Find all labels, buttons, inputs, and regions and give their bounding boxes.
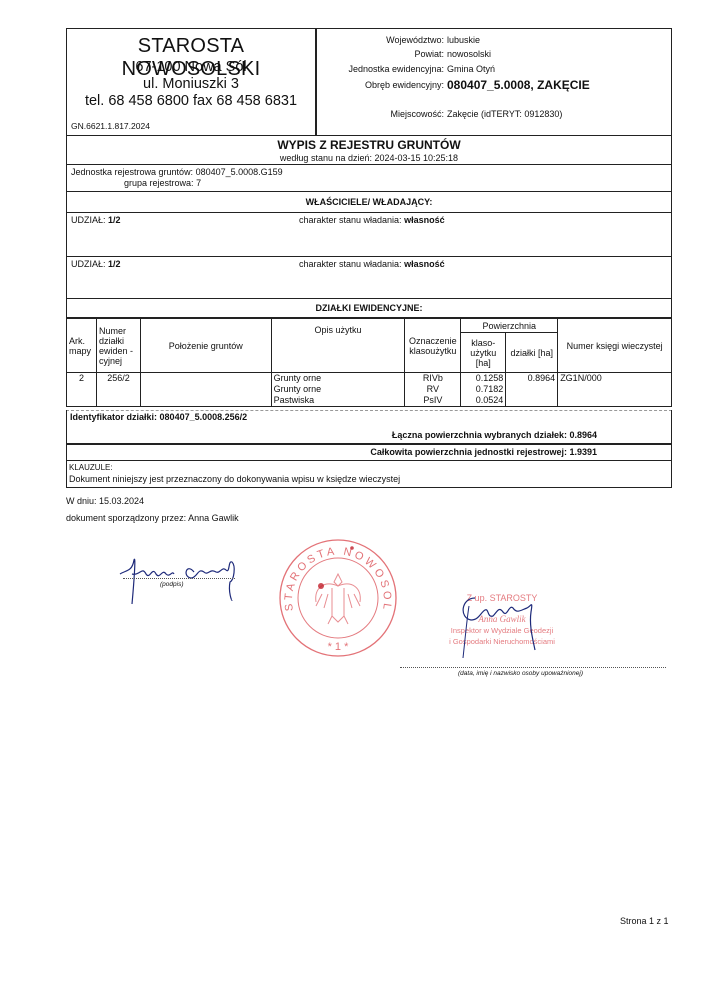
class-area-item: 0.7182 (463, 384, 503, 395)
register-unit-block: Jednostka rejestrowa gruntów: 080407_5.0… (66, 165, 672, 192)
unit-value: Gmina Otyń (447, 64, 495, 74)
parcel-identifier-block: Identyfikator działki: 080407_5.0008.256… (66, 410, 672, 444)
owner-entry: UDZIAŁ: 1/2 charakter stanu władania: wł… (66, 257, 672, 299)
signature-left (112, 552, 262, 622)
register-group: grupa rejestrowa: 7 (124, 178, 201, 188)
cell-uses: Grunty orne Grunty orne Pastwiska (271, 373, 405, 407)
locality-row: Miejscowość: Zakęcie (idTERYT: 0912830) (317, 109, 673, 123)
office-postal: 67-100 Nowa Sól (67, 59, 315, 75)
register-unit-value: 080407_5.0008.G159 (196, 167, 283, 177)
share-label: UDZIAŁ: (71, 215, 106, 225)
share-value: 1/2 (108, 215, 121, 225)
share-value: 1/2 (108, 259, 121, 269)
register-unit: Jednostka rejestrowa gruntów: 080407_5.0… (71, 167, 283, 177)
owner-share: UDZIAŁ: 1/2 (71, 215, 121, 225)
cell-sheet: 2 (67, 373, 97, 407)
parcels-table: Ark. mapy Numer działki ewiden -cyjnej P… (66, 318, 672, 407)
cell-classes: RIVb RV PsIV (405, 373, 461, 407)
clauses-text: Dokument niniejszy jest przeznaczony do … (69, 474, 400, 484)
locality-value: Zakęcie (idTERYT: 0912830) (447, 109, 562, 119)
cell-location (140, 373, 271, 407)
locality-label: Miejscowość: (390, 109, 444, 119)
signature-caption: (podpis) (160, 581, 183, 588)
signature-line (123, 578, 235, 579)
office-street: ul. Moniuszki 3 (67, 76, 315, 92)
class-item: RV (407, 384, 458, 395)
col-location: Położenie gruntów (140, 319, 271, 373)
round-stamp-icon: STAROSTA NOWOSOLSKI * 1 * (276, 536, 400, 660)
page-number: Strona 1 z 1 (620, 916, 669, 926)
unit-total-block: Całkowita powierzchnia jednostki rejestr… (66, 443, 672, 461)
clauses-label: KLAUZULE: (69, 463, 113, 472)
parcel-identifier: Identyfikator działki: 080407_5.0008.256… (70, 412, 247, 422)
selected-total: Łączna powierzchnia wybranych działek: 0… (392, 430, 597, 440)
authorized-signature-line (400, 667, 666, 668)
voivodeship-label: Województwo: (386, 35, 444, 45)
share-label: UDZIAŁ: (71, 259, 106, 269)
class-item: PsIV (407, 395, 458, 406)
voivodeship-value: lubuskie (447, 35, 480, 45)
owners-heading: WŁAŚCICIELE/ WŁADAJĄCY: (67, 197, 671, 207)
county-label: Powiat: (414, 49, 444, 59)
register-unit-label: Jednostka rejestrowa gruntów: (71, 167, 193, 177)
col-use: Opis użytku (271, 319, 405, 373)
case-number: GN.6621.1.817.2024 (71, 121, 150, 131)
clauses-block: KLAUZULE: Dokument niniejszy jest przezn… (66, 460, 672, 488)
tenure-label: charakter stanu władania: (299, 259, 402, 269)
owner-share: UDZIAŁ: 1/2 (71, 259, 121, 269)
precinct-row: Obręb ewidencyjny: 080407_5.0008, ZAKĘCI… (317, 80, 673, 94)
unit-total: Całkowita powierzchnia jednostki rejestr… (370, 447, 597, 457)
identifier-value: 080407_5.0008.256/2 (160, 412, 248, 422)
document-title: WYPIS Z REJESTRU GRUNTÓW (67, 138, 671, 152)
owner-tenure: charakter stanu władania: własność (299, 259, 445, 269)
location-header: Województwo: lubuskie Powiat: nowosolski… (316, 28, 672, 136)
unit-label: Jednostka ewidencyjna: (348, 64, 444, 74)
voivodeship-row: Województwo: lubuskie (317, 35, 673, 49)
prepared-by: dokument sporządzony przez: Anna Gawlik (66, 513, 239, 523)
register-group-value: 7 (196, 178, 201, 188)
class-item: RIVb (407, 373, 458, 384)
register-group-label: grupa rejestrowa: (124, 178, 194, 188)
county-row: Powiat: nowosolski (317, 49, 673, 63)
precinct-label: Obręb ewidencyjny: (365, 80, 444, 90)
use-item: Grunty orne (274, 373, 403, 384)
parcels-heading: DZIAŁKI EWIDENCYJNE: (67, 303, 671, 313)
tenure-value: własność (404, 259, 445, 269)
stamp-text: STAROSTA NOWOSOLSKI (276, 536, 393, 613)
owner-entry: UDZIAŁ: 1/2 charakter stanu władania: wł… (66, 213, 672, 257)
tenure-label: charakter stanu władania: (299, 215, 402, 225)
stamp-number: * 1 * (328, 641, 350, 653)
owners-heading-block: WŁAŚCICIELE/ WŁADAJĄCY: (66, 192, 672, 213)
class-area-item: 0.0524 (463, 395, 503, 406)
county-value: nowosolski (447, 49, 491, 59)
office-header: STAROSTA NOWOSOLSKI 67-100 Nowa Sól ul. … (66, 28, 316, 136)
as-of-date: według stanu na dzień: 2024-03-15 10:25:… (67, 153, 671, 163)
class-area-item: 0.1258 (463, 373, 503, 384)
signature-right (455, 590, 545, 660)
col-number: Numer działki ewiden -cyjnej (96, 319, 140, 373)
col-area-parcel: działki [ha] (506, 333, 558, 373)
unit-row: Jednostka ewidencyjna: Gmina Otyń (317, 64, 673, 78)
col-class: Oznaczenie klasoużytku (405, 319, 461, 373)
col-area-class: klaso- użytku [ha] (461, 333, 506, 373)
precinct-value: 080407_5.0008, ZAKĘCIE (447, 78, 590, 92)
office-phone: tel. 68 458 6800 fax 68 458 6831 (67, 93, 315, 109)
tenure-value: własność (404, 215, 445, 225)
table-row: 2 256/2 Grunty orne Grunty orne Pastwisk… (67, 373, 672, 407)
cell-land-book: ZG1N/000 (558, 373, 672, 407)
svg-text:STAROSTA NOWOSOLSKI: STAROSTA NOWOSOLSKI (276, 536, 393, 613)
use-item: Pastwiska (274, 395, 403, 406)
issue-date: W dniu: 15.03.2024 (66, 496, 144, 506)
identifier-label: Identyfikator działki: (70, 412, 157, 422)
use-item: Grunty orne (274, 384, 403, 395)
owner-tenure: charakter stanu władania: własność (299, 215, 445, 225)
cell-number: 256/2 (96, 373, 140, 407)
authorized-caption: (data, imię i nazwisko osoby upoważnione… (458, 670, 583, 677)
col-land-book: Numer księgi wieczystej (558, 319, 672, 373)
cell-parcel-area: 0.8964 (506, 373, 558, 407)
col-sheet: Ark. mapy (67, 319, 97, 373)
col-area-group: Powierzchnia (461, 319, 558, 333)
cell-class-areas: 0.1258 0.7182 0.0524 (461, 373, 506, 407)
document-title-block: WYPIS Z REJESTRU GRUNTÓW według stanu na… (66, 135, 672, 165)
parcels-heading-block: DZIAŁKI EWIDENCYJNE: (66, 299, 672, 318)
